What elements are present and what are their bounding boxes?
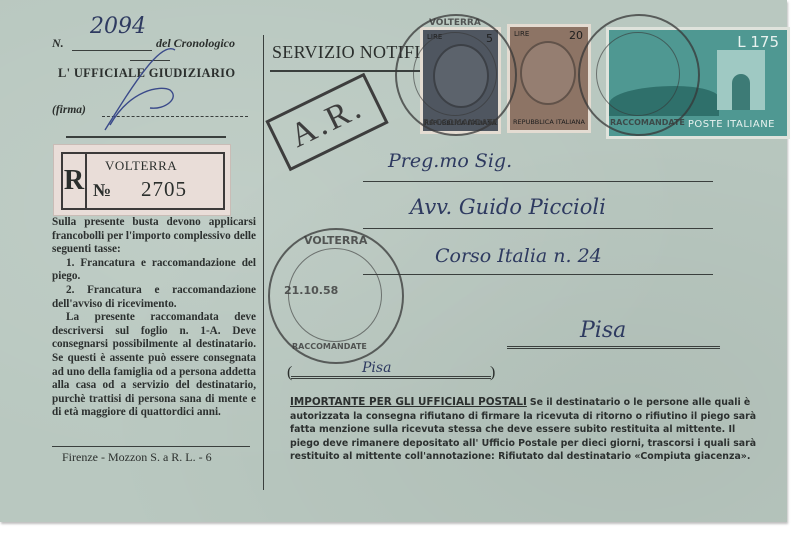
stamp-value: 20 xyxy=(569,29,583,42)
instruction-item-2: 2. Francatura e raccomandazione dell'avv… xyxy=(52,284,256,311)
address-line-city xyxy=(507,346,720,349)
instructions-text: Sulla presente busta devono applicarsi f… xyxy=(52,216,256,420)
postmark-bottom-text: RACCOMANDATE xyxy=(610,118,685,127)
address-street: Corso Italia n. 24 xyxy=(435,245,602,267)
important-notice: IMPORTANTE PER GLI UFFICIALI POSTALI Se … xyxy=(290,396,760,464)
stamp-currency: LIRE xyxy=(514,30,529,38)
signature-scribble xyxy=(70,30,190,150)
postmark-top-left: VOLTERRA RACCOMANDATE xyxy=(395,14,517,136)
address-line-2 xyxy=(363,228,713,229)
siracusa-head-icon xyxy=(520,41,576,105)
printer-rule xyxy=(52,446,250,447)
address-line-1 xyxy=(363,181,713,182)
label-top-rule xyxy=(66,136,226,138)
instruction-paragraph-2: La presente raccomandata deve descrivers… xyxy=(52,311,256,420)
postmark-top-right: RACCOMANDATE xyxy=(578,14,700,136)
ar-stamp: A.R. xyxy=(265,73,388,172)
arch-icon xyxy=(717,50,765,110)
address-recipient-title: Preg.mo Sig. xyxy=(388,150,512,172)
sender-paren-open: ( xyxy=(287,364,292,382)
number-sign: № xyxy=(93,180,111,201)
registration-number: 2705 xyxy=(141,177,187,202)
ar-stamp-text: A.R. xyxy=(269,77,384,168)
stamp-legend: REPUBBLICA ITALIANA xyxy=(510,119,588,126)
registration-letter: R xyxy=(63,154,87,208)
important-heading: IMPORTANTE PER GLI UFFICIALI POSTALI xyxy=(290,396,527,408)
printer-imprint: Firenze - Mozzon S. a R. L. - 6 xyxy=(62,450,212,465)
panel-divider xyxy=(263,35,264,490)
postmark-bottom-text: RACCOMANDATE xyxy=(423,118,498,127)
instruction-paragraph: Sulla presente busta devono applicarsi f… xyxy=(52,216,256,257)
sender-paren-close: ) xyxy=(490,364,495,382)
postmark-dated: VOLTERRA 21.10.58 RACCOMANDATE xyxy=(268,228,404,364)
address-recipient-name: Avv. Guido Piccioli xyxy=(410,195,606,219)
registration-city: VOLTERRA xyxy=(105,158,177,174)
postmark-city: VOLTERRA xyxy=(429,18,481,28)
registration-label: R VOLTERRA № 2705 xyxy=(53,144,231,216)
sender-line xyxy=(291,376,491,379)
number-label: N. xyxy=(52,36,64,51)
envelope-paper: N. 2094 del Cronologico L' UFFICIALE GIU… xyxy=(0,0,787,522)
address-line-3 xyxy=(363,274,713,275)
address-city: Pisa xyxy=(580,318,626,343)
postmark-date: 21.10.58 xyxy=(284,284,338,297)
postmark-city: VOLTERRA xyxy=(304,234,367,247)
stamp-value: L 175 xyxy=(737,33,779,51)
sender-city: Pisa xyxy=(362,360,391,376)
instruction-item-1: 1. Francatura e raccomandazione del pieg… xyxy=(52,257,256,284)
postmark-bottom-text: RACCOMANDATE xyxy=(292,342,367,351)
